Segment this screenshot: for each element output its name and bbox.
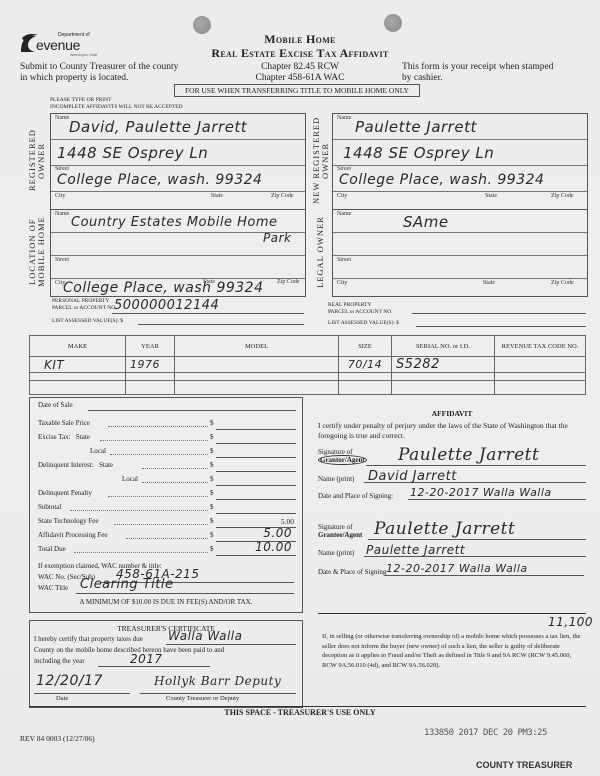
location-name-field[interactable]: Name Country Estates Mobile Home: [51, 210, 305, 233]
affidavit-section: AFFIDAVIT I certify under penalty of per…: [318, 409, 586, 440]
cell-size[interactable]: [339, 373, 392, 381]
new-owner-name-value: Paulette Jarrett: [355, 118, 477, 136]
grantee-date-label: Date & Place of Signing: [318, 568, 386, 576]
chapter-reference: Chapter 82.45 RCW Chapter 458-61A WAC: [250, 62, 350, 84]
grantor-name-label: Name (print): [318, 475, 354, 483]
taxable-sale-price-field[interactable]: [216, 419, 296, 430]
certificate-county-field[interactable]: Walla Walla: [166, 635, 296, 645]
treasurer-signature-field[interactable]: Hollyk Barr Deputy: [140, 673, 296, 694]
registered-owner-section-label: REGISTEREDOWNER: [28, 113, 46, 208]
cell-size[interactable]: 70/14: [339, 357, 392, 373]
cashier-stamp: 133850 2017 DEC 20 PM3:25: [424, 728, 547, 738]
receipt-note: This form is your receipt when stamped b…: [402, 62, 553, 84]
treasurer-use-only-label: THIS SPACE - TREASURER'S USE ONLY: [0, 708, 600, 717]
date-of-sale-row: Date of Sale: [38, 401, 296, 412]
real-property-parcel: REAL PROPERTY PARCEL or ACCOUNT NO.: [328, 302, 393, 316]
cell-revenue-tax-code[interactable]: [495, 373, 586, 381]
submit-note-line1: Submit to County Treasurer of the county: [20, 62, 178, 73]
personal-parcel-value: 500000012144: [114, 298, 219, 313]
affidavit-divider: [318, 613, 586, 614]
total-due-value: 10.00: [255, 540, 292, 554]
new-registered-owner-box: Name Paulette Jarrett 1448 SE Osprey Ln …: [332, 113, 588, 210]
cell-year[interactable]: [126, 373, 175, 381]
registered-owner-name-field[interactable]: Name David, Paulette Jarrett: [51, 114, 305, 140]
header-size: SIZE: [339, 336, 392, 357]
delinquent-penalty-field[interactable]: [216, 489, 296, 500]
grantee-name-label: Name (print): [318, 549, 354, 557]
certificate-year-value: 2017: [130, 652, 163, 666]
legal-owner-street-field[interactable]: Street: [333, 256, 587, 279]
certificate-county-value: Walla Walla: [168, 629, 242, 643]
real-assessed-label: LIST ASSESSED VALUE(S): $: [328, 320, 399, 326]
subtotal-field[interactable]: [216, 503, 296, 514]
type-or-print-note: PLEASE TYPE OR PRINT: [50, 97, 111, 103]
affidavit-form-page: Department of evenue Washington State Mo…: [0, 0, 600, 776]
fee-row-delinquent-local: Local $: [38, 475, 296, 486]
legal-owner-city-field[interactable]: City: [337, 280, 347, 286]
mobile-home-only-banner: FOR USE WHEN TRANSFERRING TITLE TO MOBIL…: [174, 84, 420, 97]
certificate-year-field[interactable]: 2017: [98, 657, 210, 667]
excise-local-field[interactable]: [216, 447, 296, 458]
treasurer-certificate-title: TREASURER'S CERTIFICATE: [30, 624, 302, 633]
personal-assessed-field[interactable]: [138, 318, 304, 325]
minimum-due-note: A MINIMUM OF $10.00 IS DUE IN FEE(S) AND…: [30, 598, 302, 606]
fee-row-total-due: Total Due $ 10.00: [38, 545, 296, 556]
header-serial: SERIAL NO. or I.D.: [392, 336, 495, 357]
location-name-line2: Park: [51, 233, 305, 256]
cell-serial[interactable]: [392, 373, 495, 381]
affidavit-processing-fee-value: 5.00: [263, 526, 292, 540]
fee-row-delinquent-state: Delinquent Interest: State $: [38, 461, 296, 472]
personal-parcel-field[interactable]: 500000012144: [112, 300, 304, 314]
legal-owner-name-line2: [333, 233, 587, 256]
delinquent-local-field[interactable]: [216, 475, 296, 486]
table-header-row: MAKE YEAR MODEL SIZE SERIAL NO. or I.D. …: [30, 336, 586, 357]
legal-owner-box: Name SAme Street City State Zip Code: [332, 209, 588, 297]
cell-make[interactable]: [30, 381, 126, 395]
incomplete-note: INCOMPLETE AFFIDAVITS WILL NOT BE ACCEPT…: [50, 104, 183, 110]
form-title-line1: Mobile Home: [0, 32, 600, 47]
table-row: KIT 1976 70/14 S5282: [30, 357, 586, 373]
cell-serial[interactable]: [392, 381, 495, 395]
handwritten-number: 11,100: [548, 615, 593, 629]
cell-year[interactable]: 1976: [126, 357, 175, 373]
date-of-sale-field[interactable]: [88, 401, 296, 411]
new-owner-street-field[interactable]: 1448 SE Osprey Ln: [333, 140, 587, 166]
affidavit-title: AFFIDAVIT: [318, 409, 586, 418]
registered-owner-street-field[interactable]: 1448 SE Osprey Ln: [51, 140, 305, 166]
new-owner-city-value: College Place, wash. 99324: [339, 172, 544, 188]
grantor-signature-field[interactable]: Paulette Jarrett: [366, 453, 586, 466]
certificate-date-label: Date: [56, 695, 68, 702]
fee-row-excise-state: Excise Tax: State $: [38, 433, 296, 444]
location-name-value-line2: Park: [263, 231, 291, 245]
submit-note-line2: in which property is located.: [20, 73, 178, 84]
total-due-field[interactable]: 10.00: [216, 545, 296, 556]
grantee-signature-value: Paulette Jarrett: [374, 519, 515, 539]
header-revenue-tax-code: REVENUE TAX CODE NO.: [495, 336, 586, 357]
fees-box: Date of Sale Taxable Sale Price $ Excise…: [29, 397, 303, 613]
table-row: [30, 373, 586, 381]
form-title-line2: Real Estate Excise Tax Affidavit: [0, 46, 600, 61]
location-street-field[interactable]: Street: [51, 256, 305, 279]
fee-row-state-technology: State Technology Fee $ 5.00: [38, 517, 296, 528]
registered-owner-city-value: College Place, wash. 99324: [57, 172, 262, 188]
grantor-signature-value: Paulette Jarrett: [398, 445, 539, 465]
chapter-wac: Chapter 458-61A WAC: [250, 73, 350, 84]
affidavit-statement: I certify under penalty of perjury under…: [318, 421, 586, 440]
grantor-date-label: Date and Place of Signing:: [318, 492, 393, 500]
header-make: MAKE: [30, 336, 126, 357]
legal-owner-section-label: LEGAL OWNER: [316, 209, 325, 295]
cell-serial[interactable]: S5282: [392, 357, 495, 373]
delinquent-state-field[interactable]: [216, 461, 296, 472]
new-owner-street-value: 1448 SE Osprey Ln: [343, 144, 494, 162]
certificate-line1: I hereby certify that property taxes due: [34, 635, 143, 643]
tax-lien-notice: If, in selling (or otherwise transferrin…: [322, 632, 586, 670]
grantor-signature-label: Signature of Grantor/Agent: [318, 448, 367, 464]
personal-assessed-label: LIST ASSESSED VALUE(S): $: [52, 318, 123, 324]
footer-divider: [29, 706, 586, 707]
location-box: Name Country Estates Mobile Home Park St…: [50, 209, 306, 297]
new-owner-name-field[interactable]: Name Paulette Jarrett: [333, 114, 587, 140]
receipt-note-line1: This form is your receipt when stamped: [402, 62, 553, 73]
mobile-home-table: MAKE YEAR MODEL SIZE SERIAL NO. or I.D. …: [29, 335, 586, 395]
fee-row-delinquent-penalty: Delinquent Penalty $: [38, 489, 296, 500]
cell-year[interactable]: [126, 381, 175, 395]
grantor-name-field[interactable]: David Jarrett: [364, 472, 586, 483]
real-assessed-field[interactable]: [416, 320, 586, 327]
header-model: MODEL: [175, 336, 339, 357]
legal-owner-name-value: SAme: [403, 213, 449, 231]
grantee-date-place-value: 12-20-2017 Walla Walla: [386, 562, 528, 575]
cell-make[interactable]: KIT: [30, 357, 126, 373]
registered-owner-city-field[interactable]: Street College Place, wash. 99324: [51, 166, 305, 192]
cell-revenue-tax-code[interactable]: [495, 381, 586, 395]
grantee-name-value: Paulette Jarrett: [366, 543, 465, 557]
grantor-date-place-field[interactable]: 12-20-2017 Walla Walla: [408, 489, 586, 500]
certificate-date-field[interactable]: 12/20/17: [34, 673, 130, 694]
location-city-value[interactable]: College Place, wash 99324: [63, 280, 264, 296]
state-technology-fee-value: 5.00: [281, 517, 294, 526]
cell-size[interactable]: [339, 381, 392, 395]
registered-owner-box: Name David, Paulette Jarrett 1448 SE Osp…: [50, 113, 306, 210]
grantee-name-field[interactable]: Paulette Jarrett: [364, 546, 586, 557]
header-year: YEAR: [126, 336, 175, 357]
submit-instructions: Submit to County Treasurer of the county…: [20, 62, 178, 84]
fee-row-excise-local: Local $: [38, 447, 296, 458]
new-registered-owner-section-label: NEW REGISTEREDOWNER: [312, 113, 330, 208]
personal-property-parcel: PERSONAL PROPERTY PARCEL or ACCOUNT NO.: [52, 298, 117, 312]
location-name-value: Country Estates Mobile Home: [71, 215, 278, 230]
real-parcel-field[interactable]: [412, 305, 586, 314]
excise-state-field[interactable]: [216, 433, 296, 444]
cell-make[interactable]: [30, 373, 126, 381]
grantor-name-value: David Jarrett: [368, 469, 457, 484]
treasurer-signature-label: County Treasurer or Deputy: [166, 695, 239, 702]
grantee-signature-field[interactable]: Paulette Jarrett: [368, 527, 586, 540]
county-treasurer-stamp-label: COUNTY TREASURER: [476, 760, 572, 770]
grantee-signature-label: Signature of Grantee/Agent: [318, 523, 362, 539]
registered-owner-name-value: David, Paulette Jarrett: [69, 118, 247, 136]
grantee-date-place-field[interactable]: 12-20-2017 Walla Walla: [384, 565, 584, 576]
certificate-line3: including the year: [34, 657, 85, 665]
receipt-note-line2: by cashier.: [402, 73, 553, 84]
table-row: [30, 381, 586, 395]
wac-title-value: Clearing Title: [80, 577, 174, 592]
location-section-label: LOCATION OFMOBILE HOME: [28, 209, 46, 295]
punch-hole-right: [384, 14, 402, 32]
fee-row-subtotal: Subtotal $: [38, 503, 296, 514]
form-number: REV 84 0003 (12/27/06): [20, 734, 95, 743]
legal-owner-name-field[interactable]: Name SAme: [333, 210, 587, 233]
cell-model[interactable]: [175, 357, 339, 373]
wac-title-field[interactable]: Clearing Title: [76, 584, 294, 594]
cell-model[interactable]: [175, 373, 339, 381]
grantor-date-place-value: 12-20-2017 Walla Walla: [410, 486, 552, 499]
certificate-date-value: 12/20/17: [36, 673, 103, 689]
fee-row-taxable-sale-price: Taxable Sale Price $: [38, 419, 296, 430]
cell-revenue-tax-code[interactable]: [495, 357, 586, 373]
chapter-rcw: Chapter 82.45 RCW: [250, 62, 350, 73]
wac-title-label: WAC Title: [38, 584, 68, 592]
treasurer-certificate-box: TREASURER'S CERTIFICATE I hereby certify…: [29, 620, 303, 708]
treasurer-signature-value: Hollyk Barr Deputy: [154, 674, 281, 688]
new-owner-city-field[interactable]: Street College Place, wash. 99324: [333, 166, 587, 192]
registered-owner-street-value: 1448 SE Osprey Ln: [57, 144, 208, 162]
cell-model[interactable]: [175, 381, 339, 395]
